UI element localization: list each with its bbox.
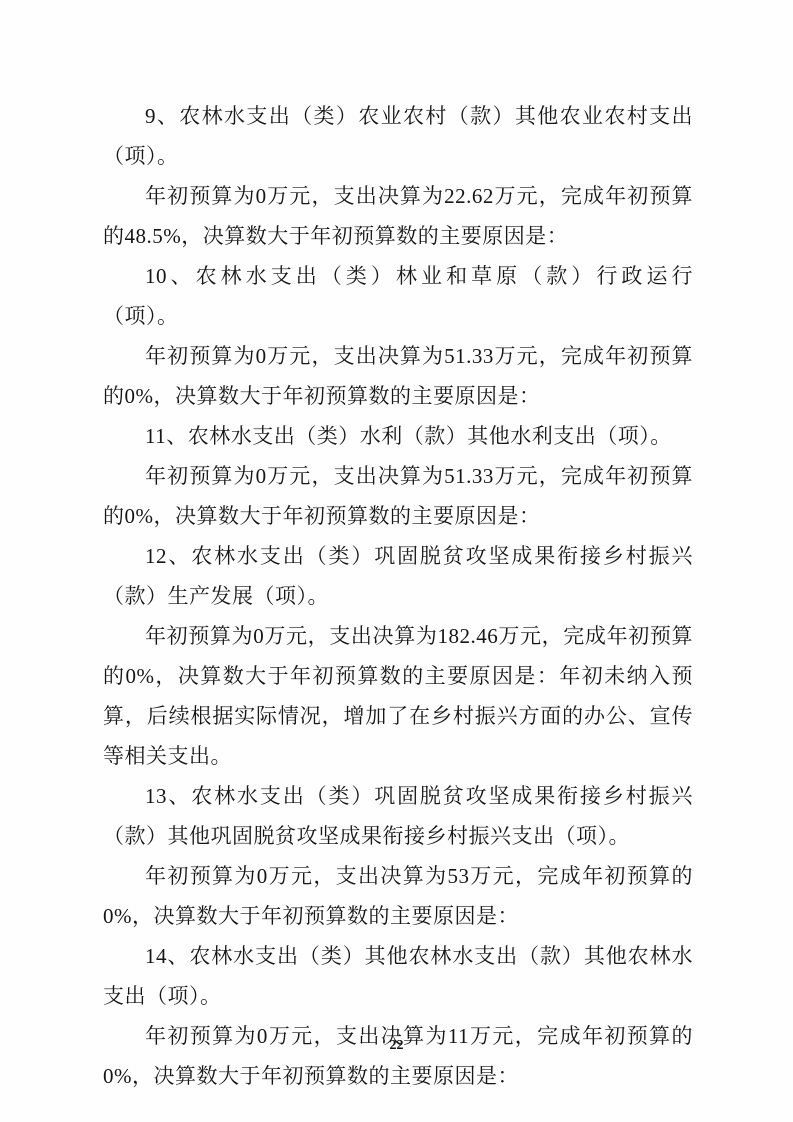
document-paragraph: 12、农林水支出（类）巩固脱贫攻坚成果衔接乡村振兴（款）生产发展（项）。	[103, 536, 693, 616]
document-paragraph: 年初预算为0万元，支出决算为22.62万元，完成年初预算的48.5%，决算数大于…	[103, 176, 693, 256]
document-paragraph: 年初预算为0万元，支出决算为51.33万元，完成年初预算的0%，决算数大于年初预…	[103, 456, 693, 536]
document-paragraph: 年初预算为0万元，支出决算为182.46万元，完成年初预算的0%，决算数大于年初…	[103, 616, 693, 776]
document-paragraph: 9、农林水支出（类）农业农村（款）其他农业农村支出（项）。	[103, 96, 693, 176]
document-page: 9、农林水支出（类）农业农村（款）其他农业农村支出（项）。 年初预算为0万元，支…	[0, 0, 793, 1122]
page-number: 22	[0, 1038, 793, 1054]
document-paragraph: 13、农林水支出（类）巩固脱贫攻坚成果衔接乡村振兴（款）其他巩固脱贫攻坚成果衔接…	[103, 776, 693, 856]
document-paragraph: 年初预算为0万元，支出决算为53万元，完成年初预算的0%，决算数大于年初预算数的…	[103, 856, 693, 936]
document-paragraph: 年初预算为0万元，支出决算为11万元，完成年初预算的0%，决算数大于年初预算数的…	[103, 1016, 693, 1096]
document-body: 9、农林水支出（类）农业农村（款）其他农业农村支出（项）。 年初预算为0万元，支…	[103, 96, 693, 1096]
document-paragraph: 10、农林水支出（类）林业和草原（款）行政运行（项）。	[103, 256, 693, 336]
document-paragraph: 年初预算为0万元，支出决算为51.33万元，完成年初预算的0%，决算数大于年初预…	[103, 336, 693, 416]
document-paragraph: 11、农林水支出（类）水利（款）其他水利支出（项）。	[103, 416, 693, 456]
document-paragraph: 14、农林水支出（类）其他农林水支出（款）其他农林水支出（项）。	[103, 936, 693, 1016]
